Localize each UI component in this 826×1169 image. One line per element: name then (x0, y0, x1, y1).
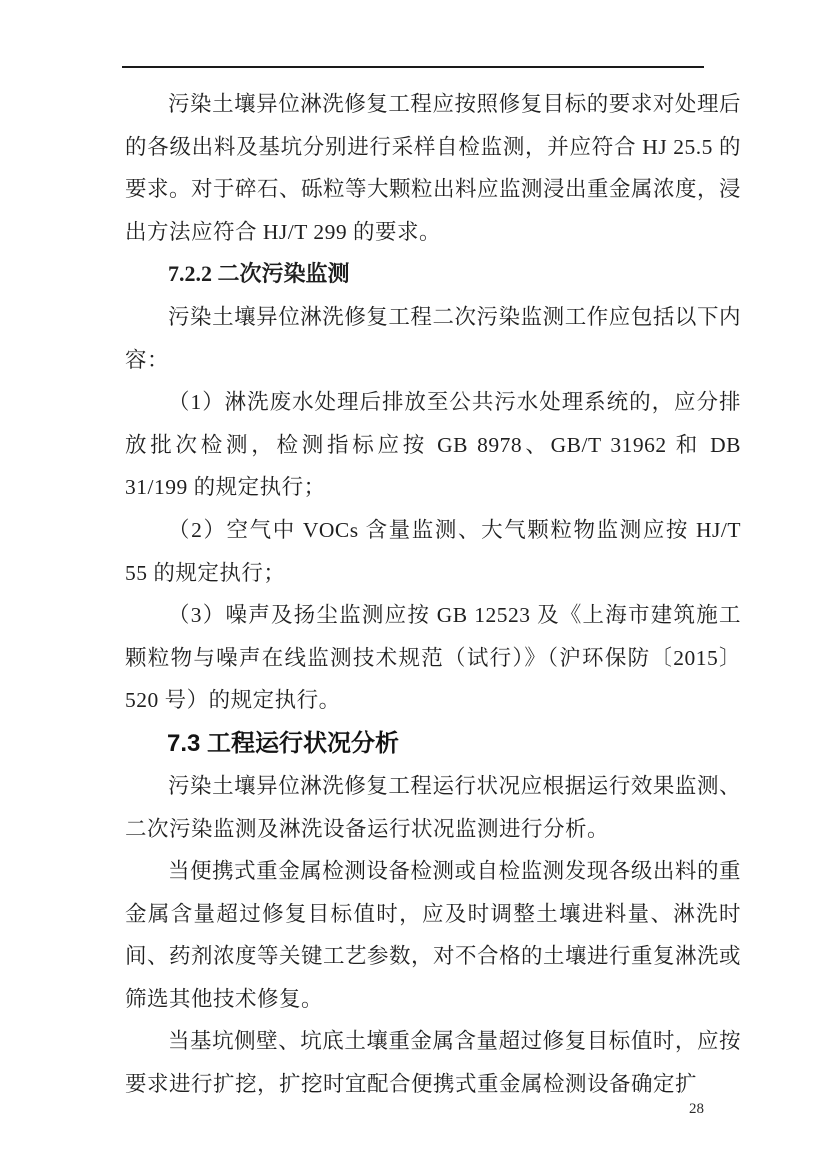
paragraph-item-2-vocs-air: （2）空气中 VOCs 含量监测、大气颗粒物监测应按 HJ/T 55 的规定执行… (125, 509, 741, 594)
paragraph-self-check-monitoring: 污染土壤异位淋洗修复工程应按照修复目标的要求对处理后的各级出料及基坑分别进行采样… (125, 83, 741, 253)
header-rule (122, 66, 704, 68)
paragraph-monitoring-scope-intro: 污染土壤异位淋洗修复工程二次污染监测工作应包括以下内容： (125, 296, 741, 381)
paragraph-item-3-noise-dust: （3）噪声及扬尘监测应按 GB 12523 及《上海市建筑施工颗粒物与噪声在线监… (125, 594, 741, 722)
heading-7-2-2-secondary-pollution-monitoring: 7.2.2 二次污染监测 (125, 253, 741, 296)
document-body: 污染土壤异位淋洗修复工程应按照修复目标的要求对处理后的各级出料及基坑分别进行采样… (125, 83, 741, 1106)
paragraph-adjust-process-parameters: 当便携式重金属检测设备检测或自检监测发现各级出料的重金属含量超过修复目标值时，应… (125, 850, 741, 1020)
paragraph-pit-expansion-excavation: 当基坑侧壁、坑底土壤重金属含量超过修复目标值时，应按要求进行扩挖，扩挖时宜配合便… (125, 1020, 741, 1105)
paragraph-item-1-wastewater: （1）淋洗废水处理后排放至公共污水处理系统的，应分排放批次检测，检测指标应按 G… (125, 381, 741, 509)
document-page: 污染土壤异位淋洗修复工程应按照修复目标的要求对处理后的各级出料及基坑分别进行采样… (0, 0, 826, 1169)
page-number: 28 (689, 1099, 704, 1119)
heading-7-3-operation-status-analysis: 7.3 工程运行状况分析 (125, 722, 741, 765)
paragraph-analysis-basis: 污染土壤异位淋洗修复工程运行状况应根据运行效果监测、二次污染监测及淋洗设备运行状… (125, 765, 741, 850)
